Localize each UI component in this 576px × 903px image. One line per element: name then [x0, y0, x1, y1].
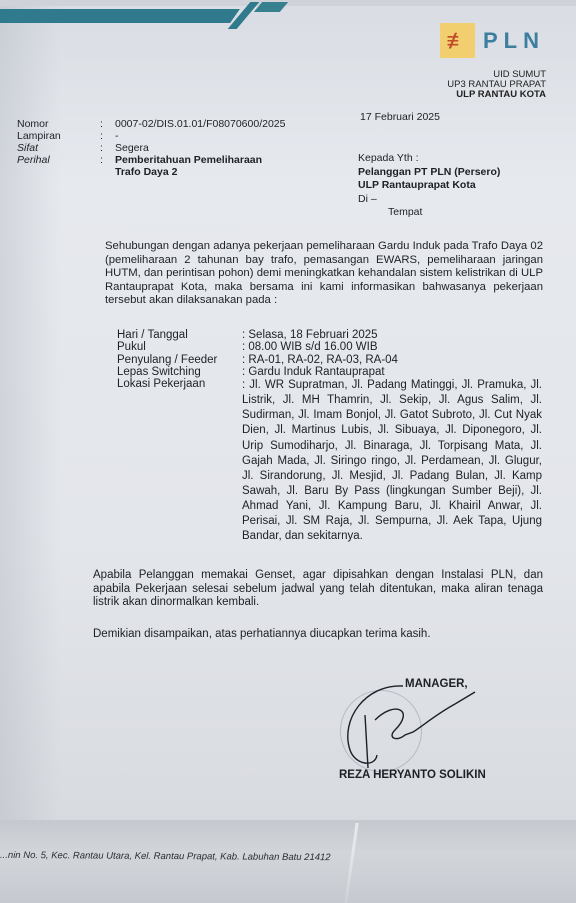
meta-label: Perihal — [17, 154, 100, 166]
meta-value: - — [115, 130, 119, 142]
detail-value: : 08.00 WIB s/d 16.00 WIB — [242, 341, 542, 353]
detail-row: Penyulang / Feeder : RA-01, RA-02, RA-03… — [117, 354, 542, 366]
meta-value: 0007-02/DIS.01.01/F08070600/2025 — [115, 118, 285, 130]
lightning-bolt-icon: ≢ — [440, 23, 475, 58]
logo-text: PLN — [483, 28, 545, 54]
signature-scribble — [335, 680, 535, 770]
detail-row: Lokasi Pekerjaan : Jl. WR Supratman, Jl.… — [117, 378, 542, 544]
letter-meta: Nomor : 0007-02/DIS.01.01/F08070600/2025… — [17, 118, 285, 178]
meta-spacer — [17, 166, 100, 178]
meta-label: Nomor — [17, 118, 100, 130]
meta-row-lampiran: Lampiran : - — [17, 130, 285, 142]
detail-value: : Gardu Induk Rantauprapat — [242, 366, 542, 378]
meta-label: Lampiran — [17, 130, 100, 142]
letter-date: 17 Februari 2025 — [360, 111, 440, 123]
detail-value: : Selasa, 18 Februari 2025 — [242, 329, 542, 341]
recipient-greeting: Kepada Yth : — [358, 152, 500, 166]
unit-address: UID SUMUT UP3 RANTAU PRAPAT ULP RANTAU K… — [447, 70, 546, 100]
recipient-line: Pelanggan PT PLN (Persero) — [358, 166, 500, 180]
meta-row-nomor: Nomor : 0007-02/DIS.01.01/F08070600/2025 — [17, 118, 285, 130]
meta-row-perihal: Perihal : Pemberitahuan Pemeliharaan — [17, 154, 285, 166]
recipient-block: Kepada Yth : Pelanggan PT PLN (Persero) … — [358, 152, 500, 220]
meta-value: Pemberitahuan Pemeliharaan — [115, 154, 262, 166]
closing-paragraph: Apabila Pelanggan memakai Genset, agar d… — [93, 569, 543, 610]
meta-value: Segera — [115, 142, 149, 154]
meta-colon: : — [100, 154, 115, 166]
recipient-line: ULP Rantauprapat Kota — [358, 179, 500, 193]
recipient-place: Tempat — [358, 206, 500, 220]
letter-page: ≢ PLN UID SUMUT UP3 RANTAU PRAPAT ULP RA… — [0, 0, 576, 903]
meta-row-sifat: Sifat : Segera — [17, 142, 285, 154]
detail-label: Penyulang / Feeder — [117, 354, 242, 366]
meta-row-perihal-cont: Trafo Daya 2 — [17, 166, 285, 178]
signatory-title: MANAGER, — [405, 678, 468, 690]
letterhead-band — [0, 9, 240, 23]
detail-value: : Jl. WR Supratman, Jl. Padang Matinggi,… — [242, 378, 542, 544]
detail-label: Hari / Tanggal — [117, 329, 242, 341]
detail-row: Pukul : 08.00 WIB s/d 16.00 WIB — [117, 341, 542, 353]
detail-row: Lepas Switching : Gardu Induk Rantauprap… — [117, 366, 542, 378]
meta-colon: : — [100, 130, 115, 142]
body-paragraph: Sehubungan dengan adanya pekerjaan pemel… — [105, 240, 543, 308]
footer-address: ...nin No. 5, Kec. Rantau Utara, Kel. Ra… — [0, 850, 331, 863]
detail-row: Hari / Tanggal : Selasa, 18 Februari 202… — [117, 329, 542, 341]
signatory-name: REZA HERYANTO SOLIKIN — [339, 769, 486, 781]
pln-logo: ≢ PLN — [440, 23, 545, 58]
thanks-line: Demikian disampaikan, atas perhatiannya … — [93, 628, 431, 640]
detail-label: Pukul — [117, 341, 242, 353]
paper-top-edge — [0, 0, 576, 6]
detail-value: : RA-01, RA-02, RA-03, RA-04 — [242, 354, 542, 366]
meta-colon: : — [100, 142, 115, 154]
meta-label: Sifat — [17, 142, 100, 154]
recipient-di: Di – — [358, 193, 500, 207]
detail-label: Lepas Switching — [117, 366, 242, 378]
meta-colon: : — [100, 118, 115, 130]
unit-line: ULP RANTAU KOTA — [447, 90, 546, 100]
schedule-details: Hari / Tanggal : Selasa, 18 Februari 202… — [117, 329, 542, 544]
detail-label: Lokasi Pekerjaan — [117, 378, 242, 544]
meta-spacer — [100, 166, 115, 178]
meta-value: Trafo Daya 2 — [115, 166, 177, 178]
